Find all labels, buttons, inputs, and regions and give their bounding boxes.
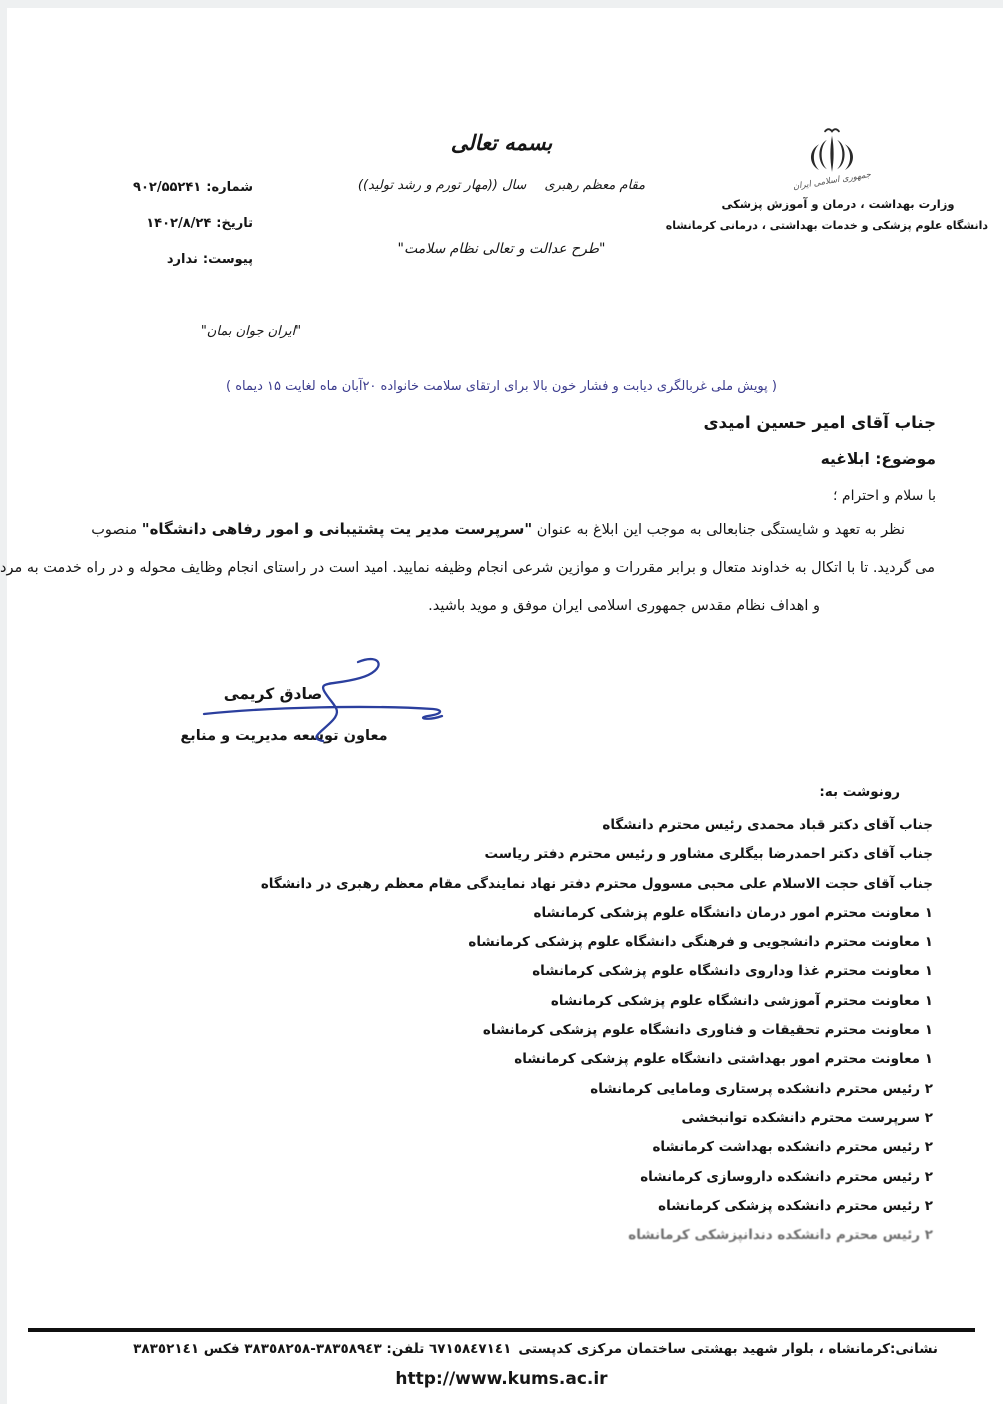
body-line-3: و اهداف نظام مقدس جمهوری اسلامی ایران مو… bbox=[428, 598, 820, 614]
footer-address-text: نشانی:کرمانشاه ، بلوار شهید بهشتی ساختما… bbox=[518, 1341, 938, 1357]
footer-contact-numbers: ٦٧١٥٨٤٧١٤١ تلفن: ٣٨٣٥٨٩٤٣-٣٨٣٥٨٢٥٨ فکس ٣… bbox=[133, 1341, 511, 1357]
cc-item: ۲ رئیس محترم دانشکده بهداشت کرمانشاه bbox=[261, 1133, 933, 1162]
cc-item: ۲ رئیس محترم دانشکده دندانپزشکی کرمانشاه bbox=[261, 1221, 933, 1250]
cc-item: ۲ رئیس محترم دانشکده پزشکی کرمانشاه bbox=[261, 1192, 933, 1221]
cc-item: جناب آقای حجت الاسلام علی محبی مسوول محت… bbox=[261, 870, 933, 899]
body-line-2: می گردید. تا با اتکال به خداوند متعال و … bbox=[0, 560, 935, 576]
body-line-1-post: منصوب bbox=[91, 522, 141, 538]
footer-address: نشانی:کرمانشاه ، بلوار شهید بهشتی ساختما… bbox=[133, 1341, 938, 1357]
cc-heading: رونوشت به: bbox=[819, 784, 900, 800]
subject-line: موضوع: ابلاغیه bbox=[821, 450, 936, 468]
body-line-1: نظر به تعهد و شایستگی جنابعالی به موجب ا… bbox=[91, 520, 905, 538]
date-label: تاریخ: bbox=[216, 216, 253, 231]
university-name: دانشگاه علوم پزشکی و خدمات بهداشتی ، درم… bbox=[688, 219, 988, 232]
cc-item: ۲ رئیس محترم دانشکده داروسازی کرمانشاه bbox=[261, 1163, 933, 1192]
cc-item: ۱ معاونت محترم دانشجویی و فرهنگی دانشگاه… bbox=[261, 928, 933, 957]
iran-emblem-icon bbox=[806, 127, 858, 177]
cc-item: ۱ معاونت محترم امور درمان دانشگاه علوم پ… bbox=[261, 899, 933, 928]
cc-item: ۲ سرپرست محترم دانشکده توانبخشی bbox=[261, 1104, 933, 1133]
cc-item: ۲ رئیس محترم دانشکده پرستاری ومامایی کرم… bbox=[261, 1075, 933, 1104]
year-slogan: سال ((مهار تورم و رشد تولید)) bbox=[358, 178, 526, 193]
scanned-letter-page: { "page": { "background": "#ffffff", "ed… bbox=[0, 0, 1003, 1404]
cc-item: ۱ معاونت محترم آموزشی دانشگاه علوم پزشکی… bbox=[261, 987, 933, 1016]
appointment-title: "سرپرست مدیر یت پشتیبانی و امور رفاهی دا… bbox=[142, 520, 532, 538]
footer-url: http://www.kums.ac.ir bbox=[0, 1369, 1003, 1389]
cc-item: جناب آقای دکتر احمدرضا بیگلری مشاور و رئ… bbox=[261, 840, 933, 869]
scan-edge-top bbox=[0, 0, 1003, 8]
ministry-name: وزارت بهداشت ، درمان و آموزش پزشکی bbox=[698, 197, 978, 211]
campaign-banner: ( پویش ملی غربالگری دیابت و فشار خون بال… bbox=[0, 379, 1003, 394]
footer-rule bbox=[28, 1328, 975, 1332]
cc-list: جناب آقای دکتر قباد محمدی رئیس محترم دان… bbox=[261, 811, 933, 1250]
cc-item: جناب آقای دکتر قباد محمدی رئیس محترم دان… bbox=[261, 811, 933, 840]
cc-item: ۱ معاونت محترم امور بهداشتی دانشگاه علوم… bbox=[261, 1045, 933, 1074]
cc-item: ۱ معاونت محترم تحقیقات و فناوری دانشگاه … bbox=[261, 1016, 933, 1045]
body-line-1-pre: نظر به تعهد و شایستگی جنابعالی به موجب ا… bbox=[532, 522, 905, 538]
health-plan-slogan: "طرح عدالت و تعالی نظام سلامت" bbox=[0, 241, 1003, 257]
iran-young-slogan: "ایران جوان بمان" bbox=[186, 324, 316, 339]
salutation: با سلام و احترام ؛ bbox=[833, 488, 936, 504]
scan-edge-left bbox=[0, 0, 7, 1404]
letter-date: تاریخ:۱۴۰۲/۸/۲۴ bbox=[133, 206, 253, 242]
cc-item: ۱ معاونت محترم غذا وداروی دانشگاه علوم پ… bbox=[261, 957, 933, 986]
date-value: ۱۴۰۲/۸/۲۴ bbox=[146, 216, 211, 231]
recipient-name: جناب آقای امیر حسین امیدی bbox=[703, 413, 936, 432]
leader-title: مقام معظم رهبری bbox=[544, 178, 645, 193]
handwritten-signature-icon bbox=[190, 650, 450, 750]
